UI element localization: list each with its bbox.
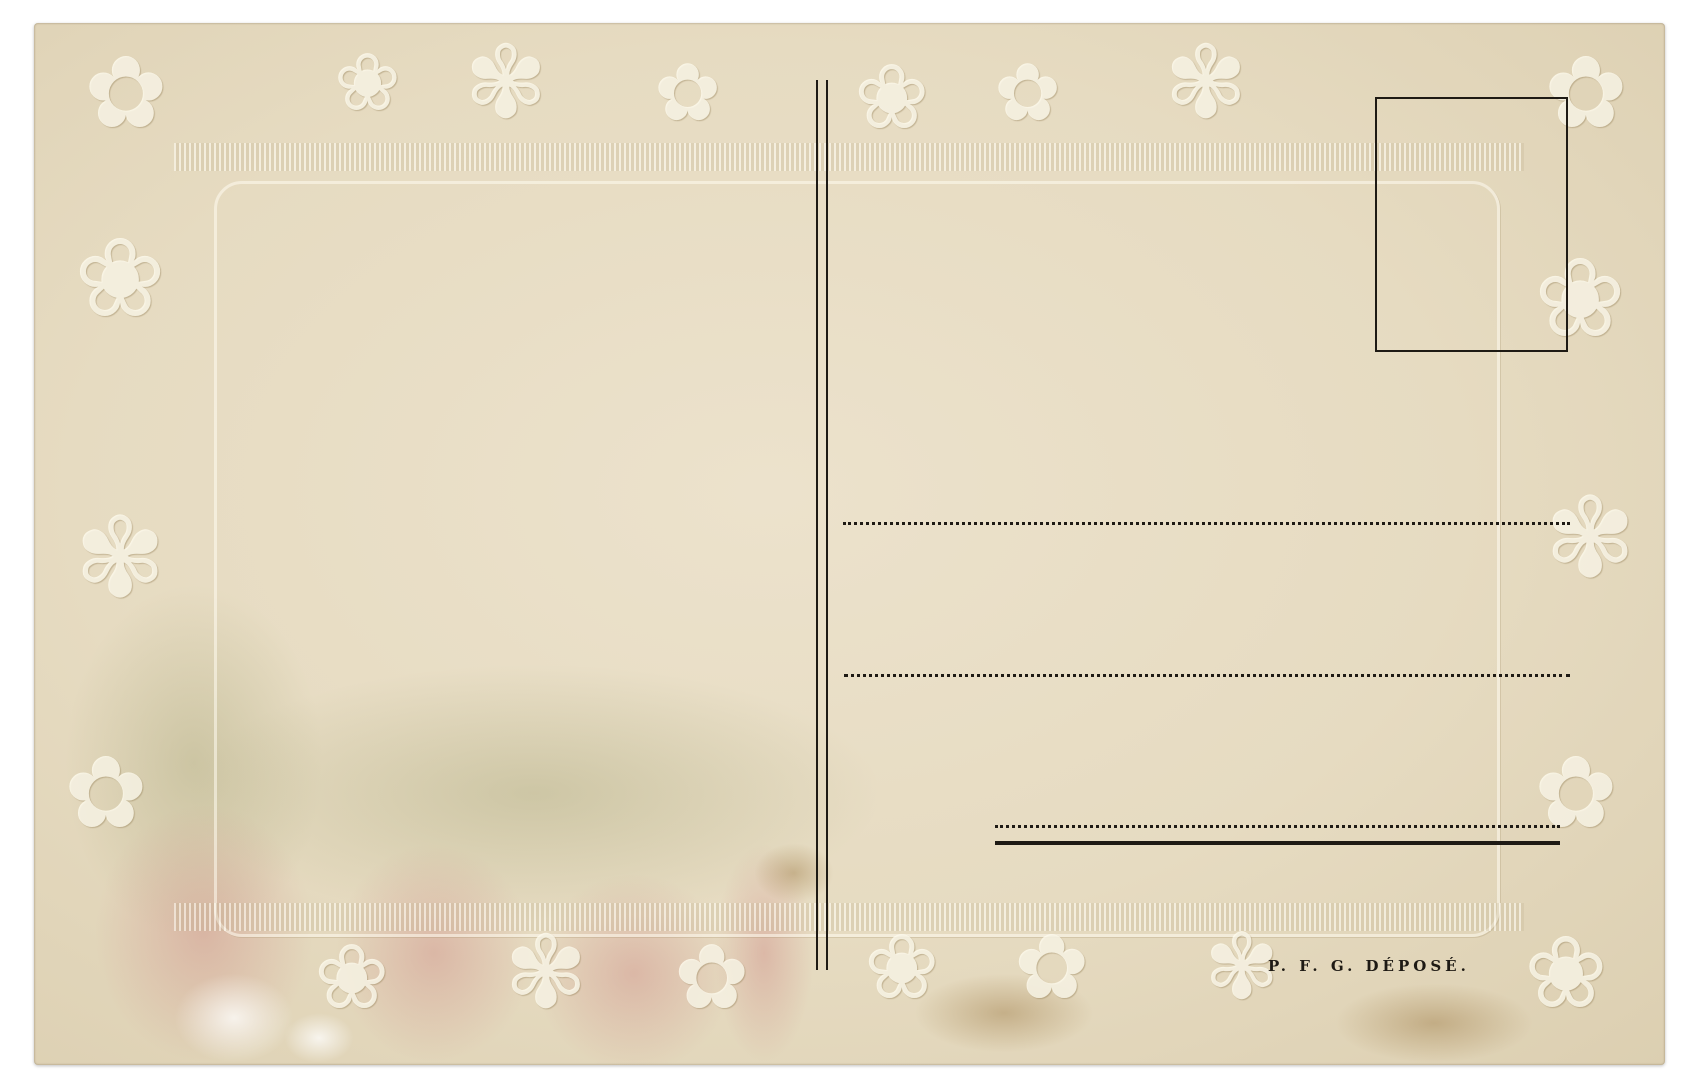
embossed-flower-icon: ❀ (864, 923, 939, 1013)
embossed-flower-icon: ✿ (84, 43, 168, 143)
embossed-flower-icon: ❀ (314, 933, 389, 1023)
embossed-flower-icon: ✾ (504, 923, 588, 1023)
embossed-flower-icon: ✾ (1544, 483, 1636, 593)
address-line-2 (844, 674, 1570, 677)
publisher-mark: P. F. G. DÉPOSÉ. (1268, 957, 1470, 975)
embossed-flower-icon: ✿ (64, 743, 148, 843)
divider-line-right (826, 80, 828, 970)
address-line-3 (995, 825, 1560, 828)
embossed-flower-icon: ✿ (994, 53, 1061, 133)
embossed-flower-icon: ✿ (1014, 923, 1089, 1013)
embossed-flower-icon: ✿ (674, 933, 749, 1023)
embossed-flower-icon: ✾ (74, 503, 166, 613)
postcard-back: ✿ ❀ ✾ ✿ ❀ ✿ ✾ ✿ ❀ ✾ ✿ ❀ ✾ ✿ ❀ ✾ ✿ ❀ ✿ ✾ … (34, 23, 1665, 1065)
address-line-4 (995, 841, 1560, 845)
stamp-box (1375, 97, 1568, 352)
embossed-ribbing-top (174, 143, 1524, 171)
embossed-frame (214, 181, 1500, 937)
stain (174, 973, 294, 1063)
embossed-flower-icon: ✾ (464, 33, 548, 133)
address-line-1 (843, 522, 1570, 525)
embossed-flower-icon: ✿ (654, 53, 721, 133)
embossed-flower-icon: ✿ (1534, 743, 1618, 843)
embossed-flower-icon: ❀ (74, 223, 166, 333)
embossed-flower-icon: ❀ (334, 43, 401, 123)
embossed-flower-icon: ❀ (1524, 923, 1608, 1023)
stain (1334, 983, 1534, 1063)
divider-line-left (816, 80, 818, 970)
embossed-flower-icon: ❀ (854, 53, 929, 143)
embossed-flower-icon: ✾ (1164, 33, 1248, 133)
